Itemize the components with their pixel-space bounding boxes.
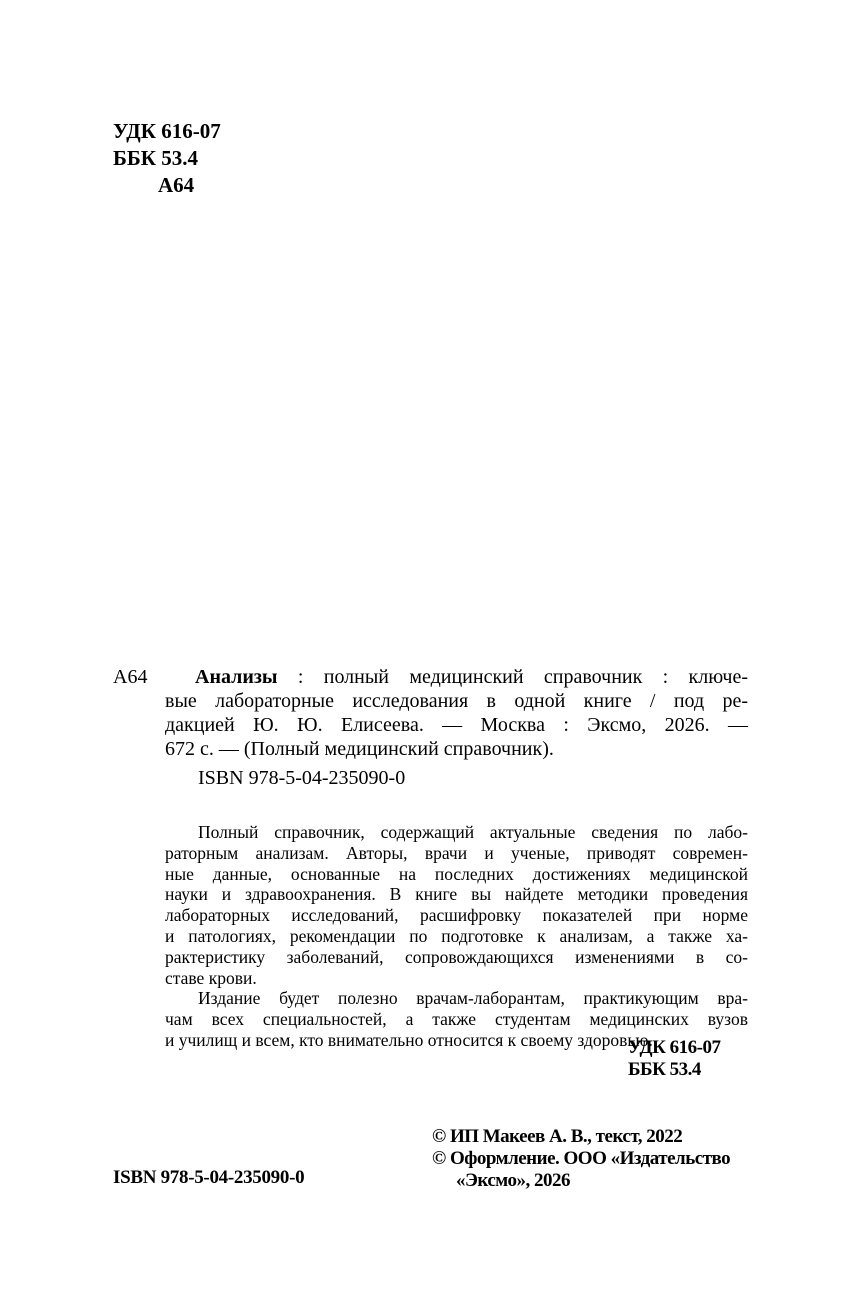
annotation: Полный справочник, содержащий актуальные… — [165, 822, 748, 1051]
annotation-line: Полный справочник, содержащий актуальные… — [165, 822, 748, 843]
annotation-line: ные данные, основанные на последних дост… — [165, 864, 748, 885]
annotation-line: чам всех специальностей, а также студент… — [165, 1009, 748, 1030]
biblio-line: Анализы : полный медицинский справочник … — [165, 665, 748, 689]
copyright-line: © Оформление. ООО «Издательство — [432, 1148, 730, 1170]
bottom-classification: УДК 616-07 ББК 53.4 — [628, 1037, 720, 1081]
udk-code: УДК 616-07 — [113, 118, 221, 145]
book-title: Анализы — [195, 666, 278, 688]
annotation-line: и патологиях, рекомендации по подготовке… — [165, 926, 748, 947]
bbk-code: ББК 53.4 — [113, 145, 221, 172]
annotation-line: Издание будет полезно врачам-лаборантам,… — [165, 988, 748, 1009]
copyright-line: © ИП Макеев А. В., текст, 2022 — [432, 1126, 730, 1148]
catalog-isbn: ISBN 978-5-04-235090-0 — [198, 766, 405, 790]
author-mark: А64 — [113, 172, 221, 199]
footer-isbn: ISBN 978-5-04-235090-0 — [113, 1167, 304, 1189]
annotation-line: раторным анализам. Авторы, врачи и учены… — [165, 843, 748, 864]
biblio-line: дакцией Ю. Ю. Елисеева. — Москва : Эксмо… — [165, 713, 748, 737]
top-classification: УДК 616-07 ББК 53.4 А64 — [113, 118, 221, 199]
bbk-code: ББК 53.4 — [628, 1059, 720, 1081]
bibliographic-description: Анализы : полный медицинский справочник … — [165, 665, 748, 761]
annotation-line: лабораторных исследований, расшифровку п… — [165, 905, 748, 926]
copyright-line: «Эксмо», 2026 — [432, 1170, 730, 1192]
annotation-line: науки и здравоохранения. В книге вы найд… — [165, 884, 748, 905]
catalog-author-mark: А64 — [113, 665, 147, 689]
biblio-line: 672 с. — (Полный медицинский справочник)… — [165, 737, 748, 761]
udk-code: УДК 616-07 — [628, 1037, 720, 1059]
annotation-line: рактеристику заболеваний, сопровождающих… — [165, 947, 748, 968]
biblio-line: вые лабораторные исследования в одной кн… — [165, 689, 748, 713]
annotation-line: ставе крови. — [165, 968, 748, 989]
copyright-block: © ИП Макеев А. В., текст, 2022 © Оформле… — [432, 1126, 730, 1192]
